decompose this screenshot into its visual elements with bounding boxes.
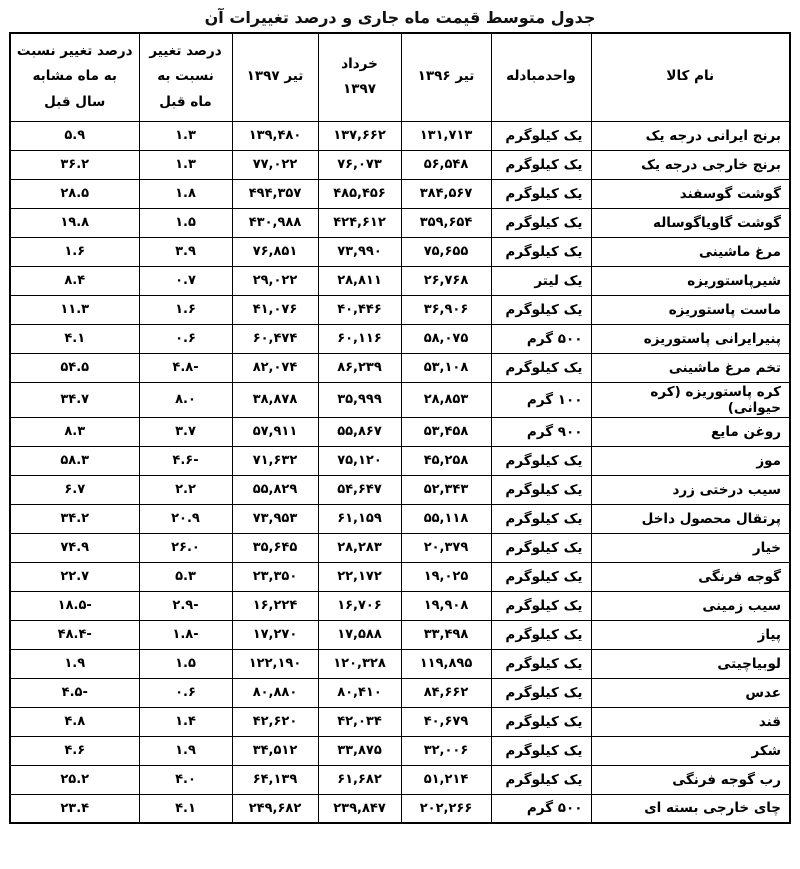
cell-price-khordad-1397: ۷۶,۰۷۳ bbox=[318, 150, 401, 179]
cell-price-khordad-1397: ۳۳,۸۷۵ bbox=[318, 736, 401, 765]
cell-exchange-unit: ۵۰۰ گرم bbox=[491, 794, 591, 823]
cell-price-tir-1396: ۵۳,۱۰۸ bbox=[401, 353, 491, 382]
cell-item-name: مرغ ماشینی bbox=[591, 237, 790, 266]
cell-price-tir-1396: ۵۳,۴۵۸ bbox=[401, 417, 491, 446]
cell-price-tir-1396: ۴۰,۶۷۹ bbox=[401, 707, 491, 736]
column-header-exchange-unit: واحدمبادله bbox=[491, 33, 591, 121]
cell-exchange-unit: یک کیلوگرم bbox=[491, 208, 591, 237]
cell-pct-change-vs-prev-month: ۲۶.۰ bbox=[139, 533, 232, 562]
cell-price-khordad-1397: ۱۳۷,۶۶۲ bbox=[318, 121, 401, 150]
table-row: گوجه فرنگییک کیلوگرم۱۹,۰۲۵۲۲,۱۷۲۲۳,۳۵۰۵.… bbox=[10, 562, 790, 591]
cell-item-name: عدس bbox=[591, 678, 790, 707]
table-row: عدسیک کیلوگرم۸۴,۶۶۲۸۰,۴۱۰۸۰,۸۸۰۰.۶۴.۵- bbox=[10, 678, 790, 707]
cell-exchange-unit: یک کیلوگرم bbox=[491, 765, 591, 794]
cell-exchange-unit: ۵۰۰ گرم bbox=[491, 324, 591, 353]
cell-pct-change-vs-prev-month: ۱.۶ bbox=[139, 295, 232, 324]
cell-price-khordad-1397: ۱۲۰,۳۲۸ bbox=[318, 649, 401, 678]
cell-price-tir-1396: ۲۰۲,۲۶۶ bbox=[401, 794, 491, 823]
cell-price-tir-1396: ۳۳,۴۹۸ bbox=[401, 620, 491, 649]
cell-price-tir-1396: ۵۵,۱۱۸ bbox=[401, 504, 491, 533]
header-row: نام کالا واحدمبادله تیر ۱۳۹۶ خرداد ۱۳۹۷ … bbox=[10, 33, 790, 121]
cell-pct-change-vs-prev-month: ۰.۶ bbox=[139, 678, 232, 707]
cell-exchange-unit: یک کیلوگرم bbox=[491, 562, 591, 591]
cell-exchange-unit: یک کیلوگرم bbox=[491, 620, 591, 649]
table-row: شیرپاستوریزهیک لیتر۲۶,۷۶۸۲۸,۸۱۱۲۹,۰۲۲۰.۷… bbox=[10, 266, 790, 295]
table-row: قندیک کیلوگرم۴۰,۶۷۹۴۲,۰۳۴۴۲,۶۲۰۱.۴۴.۸ bbox=[10, 707, 790, 736]
cell-pct-change-vs-same-month-last-year: ۱.۶ bbox=[10, 237, 139, 266]
cell-exchange-unit: یک کیلوگرم bbox=[491, 237, 591, 266]
cell-price-tir-1397: ۳۸,۸۷۸ bbox=[232, 382, 318, 417]
cell-exchange-unit: یک لیتر bbox=[491, 266, 591, 295]
cell-pct-change-vs-prev-month: ۴.۱ bbox=[139, 794, 232, 823]
cell-price-tir-1396: ۳۶,۹۰۶ bbox=[401, 295, 491, 324]
cell-price-tir-1396: ۳۸۴,۵۶۷ bbox=[401, 179, 491, 208]
table-row: برنج خارجی درجه یکیک کیلوگرم۵۶,۵۴۸۷۶,۰۷۳… bbox=[10, 150, 790, 179]
cell-pct-change-vs-same-month-last-year: ۱۱.۳ bbox=[10, 295, 139, 324]
cell-price-khordad-1397: ۴۸۵,۴۵۶ bbox=[318, 179, 401, 208]
cell-price-khordad-1397: ۵۴,۶۴۷ bbox=[318, 475, 401, 504]
table-row: سیب زمینییک کیلوگرم۱۹,۹۰۸۱۶,۷۰۶۱۶,۲۲۴۲.۹… bbox=[10, 591, 790, 620]
cell-pct-change-vs-prev-month: ۵.۳ bbox=[139, 562, 232, 591]
cell-price-tir-1396: ۵۲,۳۴۳ bbox=[401, 475, 491, 504]
cell-pct-change-vs-prev-month: ۴.۶- bbox=[139, 446, 232, 475]
cell-pct-change-vs-prev-month: ۱.۵ bbox=[139, 649, 232, 678]
cell-price-tir-1397: ۶۰,۴۷۴ bbox=[232, 324, 318, 353]
table-row: مرغ ماشینییک کیلوگرم۷۵,۶۵۵۷۳,۹۹۰۷۶,۸۵۱۳.… bbox=[10, 237, 790, 266]
cell-pct-change-vs-prev-month: ۳.۹ bbox=[139, 237, 232, 266]
cell-price-tir-1397: ۵۷,۹۱۱ bbox=[232, 417, 318, 446]
cell-price-tir-1396: ۵۸,۰۷۵ bbox=[401, 324, 491, 353]
cell-price-tir-1397: ۱۷,۲۷۰ bbox=[232, 620, 318, 649]
cell-exchange-unit: یک کیلوگرم bbox=[491, 504, 591, 533]
cell-pct-change-vs-same-month-last-year: ۲۲.۷ bbox=[10, 562, 139, 591]
table-row: گوشت گوسفندیک کیلوگرم۳۸۴,۵۶۷۴۸۵,۴۵۶۴۹۴,۳… bbox=[10, 179, 790, 208]
cell-price-khordad-1397: ۶۰,۱۱۶ bbox=[318, 324, 401, 353]
document-page: جدول متوسط قیمت ماه جاری و درصد تغییرات … bbox=[0, 0, 800, 869]
cell-item-name: قند bbox=[591, 707, 790, 736]
cell-price-tir-1396: ۳۵۹,۶۵۴ bbox=[401, 208, 491, 237]
price-table: نام کالا واحدمبادله تیر ۱۳۹۶ خرداد ۱۳۹۷ … bbox=[9, 32, 791, 824]
cell-item-name: سیب درختی زرد bbox=[591, 475, 790, 504]
cell-price-tir-1397: ۵۵,۸۲۹ bbox=[232, 475, 318, 504]
cell-pct-change-vs-same-month-last-year: ۸.۳ bbox=[10, 417, 139, 446]
cell-pct-change-vs-prev-month: ۸.۰ bbox=[139, 382, 232, 417]
cell-pct-change-vs-same-month-last-year: ۴۸.۴- bbox=[10, 620, 139, 649]
cell-exchange-unit: ۱۰۰ گرم bbox=[491, 382, 591, 417]
cell-item-name: کره پاستوریزه (کره حیوانی) bbox=[591, 382, 790, 417]
cell-pct-change-vs-prev-month: ۲.۲ bbox=[139, 475, 232, 504]
cell-price-tir-1396: ۷۵,۶۵۵ bbox=[401, 237, 491, 266]
cell-item-name: سیب زمینی bbox=[591, 591, 790, 620]
page-title: جدول متوسط قیمت ماه جاری و درصد تغییرات … bbox=[0, 0, 800, 32]
cell-price-khordad-1397: ۷۵,۱۲۰ bbox=[318, 446, 401, 475]
cell-price-khordad-1397: ۶۱,۶۸۲ bbox=[318, 765, 401, 794]
cell-pct-change-vs-same-month-last-year: ۵۸.۳ bbox=[10, 446, 139, 475]
cell-price-tir-1397: ۶۴,۱۳۹ bbox=[232, 765, 318, 794]
column-header-tir-1396: تیر ۱۳۹۶ bbox=[401, 33, 491, 121]
cell-price-tir-1396: ۲۶,۷۶۸ bbox=[401, 266, 491, 295]
cell-price-khordad-1397: ۳۵,۹۹۹ bbox=[318, 382, 401, 417]
cell-exchange-unit: یک کیلوگرم bbox=[491, 353, 591, 382]
cell-price-khordad-1397: ۶۱,۱۵۹ bbox=[318, 504, 401, 533]
table-row: برنج ایرانی درجه یکیک کیلوگرم۱۳۱,۷۱۳۱۳۷,… bbox=[10, 121, 790, 150]
cell-pct-change-vs-prev-month: ۱.۵ bbox=[139, 208, 232, 237]
cell-item-name: موز bbox=[591, 446, 790, 475]
cell-item-name: برنج خارجی درجه یک bbox=[591, 150, 790, 179]
cell-exchange-unit: ۹۰۰ گرم bbox=[491, 417, 591, 446]
cell-pct-change-vs-same-month-last-year: ۱.۹ bbox=[10, 649, 139, 678]
column-header-pct-change-vs-same-month-last-year: درصد تغییر نسبت به ماه مشابه سال قبل bbox=[10, 33, 139, 121]
cell-price-tir-1396: ۱۹,۹۰۸ bbox=[401, 591, 491, 620]
cell-exchange-unit: یک کیلوگرم bbox=[491, 649, 591, 678]
column-header-khordad-1397: خرداد ۱۳۹۷ bbox=[318, 33, 401, 121]
cell-price-tir-1396: ۵۶,۵۴۸ bbox=[401, 150, 491, 179]
cell-item-name: تخم مرغ ماشینی bbox=[591, 353, 790, 382]
cell-price-tir-1397: ۳۵,۶۴۵ bbox=[232, 533, 318, 562]
cell-price-khordad-1397: ۱۷,۵۸۸ bbox=[318, 620, 401, 649]
cell-pct-change-vs-prev-month: ۰.۷ bbox=[139, 266, 232, 295]
cell-price-tir-1396: ۲۰,۳۷۹ bbox=[401, 533, 491, 562]
cell-item-name: پیاز bbox=[591, 620, 790, 649]
cell-price-khordad-1397: ۸۰,۴۱۰ bbox=[318, 678, 401, 707]
table-row: پرتقال محصول داخلیک کیلوگرم۵۵,۱۱۸۶۱,۱۵۹۷… bbox=[10, 504, 790, 533]
cell-exchange-unit: یک کیلوگرم bbox=[491, 707, 591, 736]
cell-pct-change-vs-prev-month: ۱.۳ bbox=[139, 121, 232, 150]
cell-price-khordad-1397: ۷۳,۹۹۰ bbox=[318, 237, 401, 266]
cell-price-tir-1396: ۳۲,۰۰۶ bbox=[401, 736, 491, 765]
cell-price-khordad-1397: ۲۲,۱۷۲ bbox=[318, 562, 401, 591]
table-row: پنیرایرانی پاستوریزه۵۰۰ گرم۵۸,۰۷۵۶۰,۱۱۶۶… bbox=[10, 324, 790, 353]
cell-item-name: لوبیاچیتی bbox=[591, 649, 790, 678]
cell-pct-change-vs-same-month-last-year: ۷۴.۹ bbox=[10, 533, 139, 562]
cell-price-tir-1396: ۱۹,۰۲۵ bbox=[401, 562, 491, 591]
cell-price-tir-1396: ۱۳۱,۷۱۳ bbox=[401, 121, 491, 150]
cell-price-khordad-1397: ۱۶,۷۰۶ bbox=[318, 591, 401, 620]
cell-pct-change-vs-same-month-last-year: ۶.۷ bbox=[10, 475, 139, 504]
cell-price-tir-1396: ۱۱۹,۸۹۵ bbox=[401, 649, 491, 678]
cell-price-tir-1397: ۲۴۹,۶۸۲ bbox=[232, 794, 318, 823]
table-row: سیب درختی زردیک کیلوگرم۵۲,۳۴۳۵۴,۶۴۷۵۵,۸۲… bbox=[10, 475, 790, 504]
cell-price-khordad-1397: ۲۳۹,۸۴۷ bbox=[318, 794, 401, 823]
column-header-tir-1397: تیر ۱۳۹۷ bbox=[232, 33, 318, 121]
cell-pct-change-vs-prev-month: ۲۰.۹ bbox=[139, 504, 232, 533]
column-header-item-name: نام کالا bbox=[591, 33, 790, 121]
cell-price-tir-1397: ۷۱,۶۳۲ bbox=[232, 446, 318, 475]
cell-pct-change-vs-same-month-last-year: ۴.۸ bbox=[10, 707, 139, 736]
cell-pct-change-vs-same-month-last-year: ۳۴.۲ bbox=[10, 504, 139, 533]
cell-item-name: پرتقال محصول داخل bbox=[591, 504, 790, 533]
cell-price-tir-1396: ۲۸,۸۵۳ bbox=[401, 382, 491, 417]
cell-price-tir-1397: ۸۲,۰۷۴ bbox=[232, 353, 318, 382]
cell-pct-change-vs-same-month-last-year: ۴.۱ bbox=[10, 324, 139, 353]
cell-price-tir-1397: ۴۳۰,۹۸۸ bbox=[232, 208, 318, 237]
cell-price-khordad-1397: ۵۵,۸۶۷ bbox=[318, 417, 401, 446]
cell-pct-change-vs-same-month-last-year: ۱۸.۵- bbox=[10, 591, 139, 620]
cell-price-tir-1397: ۴۱,۰۷۶ bbox=[232, 295, 318, 324]
cell-price-khordad-1397: ۴۲۴,۶۱۲ bbox=[318, 208, 401, 237]
cell-pct-change-vs-same-month-last-year: ۸.۴ bbox=[10, 266, 139, 295]
cell-pct-change-vs-prev-month: ۱.۹ bbox=[139, 736, 232, 765]
cell-price-tir-1397: ۷۷,۰۲۲ bbox=[232, 150, 318, 179]
cell-price-khordad-1397: ۲۸,۲۸۳ bbox=[318, 533, 401, 562]
cell-item-name: پنیرایرانی پاستوریزه bbox=[591, 324, 790, 353]
cell-price-khordad-1397: ۴۰,۴۴۶ bbox=[318, 295, 401, 324]
cell-exchange-unit: یک کیلوگرم bbox=[491, 446, 591, 475]
cell-exchange-unit: یک کیلوگرم bbox=[491, 678, 591, 707]
cell-pct-change-vs-same-month-last-year: ۵.۹ bbox=[10, 121, 139, 150]
cell-pct-change-vs-same-month-last-year: ۱۹.۸ bbox=[10, 208, 139, 237]
cell-pct-change-vs-same-month-last-year: ۴.۶ bbox=[10, 736, 139, 765]
table-row: رب گوجه فرنگییک کیلوگرم۵۱,۲۱۴۶۱,۶۸۲۶۴,۱۳… bbox=[10, 765, 790, 794]
cell-pct-change-vs-prev-month: ۴.۰ bbox=[139, 765, 232, 794]
cell-item-name: شیرپاستوریزه bbox=[591, 266, 790, 295]
cell-exchange-unit: یک کیلوگرم bbox=[491, 295, 591, 324]
table-row: گوشت گاویاگوسالهیک کیلوگرم۳۵۹,۶۵۴۴۲۴,۶۱۲… bbox=[10, 208, 790, 237]
cell-pct-change-vs-prev-month: ۰.۶ bbox=[139, 324, 232, 353]
cell-price-tir-1397: ۷۶,۸۵۱ bbox=[232, 237, 318, 266]
cell-pct-change-vs-prev-month: ۲.۹- bbox=[139, 591, 232, 620]
cell-pct-change-vs-prev-month: ۱.۸ bbox=[139, 179, 232, 208]
cell-price-tir-1397: ۱۲۲,۱۹۰ bbox=[232, 649, 318, 678]
table-row: لوبیاچیتییک کیلوگرم۱۱۹,۸۹۵۱۲۰,۳۲۸۱۲۲,۱۹۰… bbox=[10, 649, 790, 678]
cell-price-tir-1397: ۱۳۹,۴۸۰ bbox=[232, 121, 318, 150]
cell-item-name: رب گوجه فرنگی bbox=[591, 765, 790, 794]
cell-price-tir-1397: ۴۲,۶۲۰ bbox=[232, 707, 318, 736]
table-row: موزیک کیلوگرم۴۵,۲۵۸۷۵,۱۲۰۷۱,۶۳۲۴.۶-۵۸.۳ bbox=[10, 446, 790, 475]
cell-price-tir-1396: ۵۱,۲۱۴ bbox=[401, 765, 491, 794]
cell-item-name: شکر bbox=[591, 736, 790, 765]
cell-price-khordad-1397: ۲۸,۸۱۱ bbox=[318, 266, 401, 295]
cell-exchange-unit: یک کیلوگرم bbox=[491, 121, 591, 150]
cell-exchange-unit: یک کیلوگرم bbox=[491, 475, 591, 504]
table-row: شکریک کیلوگرم۳۲,۰۰۶۳۳,۸۷۵۳۴,۵۱۲۱.۹۴.۶ bbox=[10, 736, 790, 765]
cell-exchange-unit: یک کیلوگرم bbox=[491, 150, 591, 179]
cell-item-name: گوشت گاویاگوساله bbox=[591, 208, 790, 237]
table-row: ماست پاستوریزهیک کیلوگرم۳۶,۹۰۶۴۰,۴۴۶۴۱,۰… bbox=[10, 295, 790, 324]
table-row: خیاریک کیلوگرم۲۰,۳۷۹۲۸,۲۸۳۳۵,۶۴۵۲۶.۰۷۴.۹ bbox=[10, 533, 790, 562]
cell-exchange-unit: یک کیلوگرم bbox=[491, 736, 591, 765]
cell-exchange-unit: یک کیلوگرم bbox=[491, 533, 591, 562]
cell-pct-change-vs-same-month-last-year: ۲۸.۵ bbox=[10, 179, 139, 208]
cell-pct-change-vs-same-month-last-year: ۲۳.۴ bbox=[10, 794, 139, 823]
cell-pct-change-vs-same-month-last-year: ۵۴.۵ bbox=[10, 353, 139, 382]
table-header: نام کالا واحدمبادله تیر ۱۳۹۶ خرداد ۱۳۹۷ … bbox=[10, 33, 790, 121]
cell-price-tir-1397: ۲۹,۰۲۲ bbox=[232, 266, 318, 295]
cell-pct-change-vs-same-month-last-year: ۳۴.۷ bbox=[10, 382, 139, 417]
table-row: کره پاستوریزه (کره حیوانی)۱۰۰ گرم۲۸,۸۵۳۳… bbox=[10, 382, 790, 417]
table-row: تخم مرغ ماشینییک کیلوگرم۵۳,۱۰۸۸۶,۲۳۹۸۲,۰… bbox=[10, 353, 790, 382]
cell-pct-change-vs-same-month-last-year: ۳۶.۲ bbox=[10, 150, 139, 179]
cell-item-name: چای خارجی بسته ای bbox=[591, 794, 790, 823]
cell-pct-change-vs-same-month-last-year: ۲۵.۲ bbox=[10, 765, 139, 794]
cell-exchange-unit: یک کیلوگرم bbox=[491, 179, 591, 208]
cell-price-khordad-1397: ۴۲,۰۳۴ bbox=[318, 707, 401, 736]
cell-price-khordad-1397: ۸۶,۲۳۹ bbox=[318, 353, 401, 382]
cell-price-tir-1396: ۸۴,۶۶۲ bbox=[401, 678, 491, 707]
cell-pct-change-vs-prev-month: ۱.۳ bbox=[139, 150, 232, 179]
cell-price-tir-1397: ۱۶,۲۲۴ bbox=[232, 591, 318, 620]
cell-price-tir-1397: ۳۴,۵۱۲ bbox=[232, 736, 318, 765]
table-row: پیازیک کیلوگرم۳۳,۴۹۸۱۷,۵۸۸۱۷,۲۷۰۱.۸-۴۸.۴… bbox=[10, 620, 790, 649]
cell-item-name: برنج ایرانی درجه یک bbox=[591, 121, 790, 150]
cell-item-name: خیار bbox=[591, 533, 790, 562]
cell-price-tir-1397: ۸۰,۸۸۰ bbox=[232, 678, 318, 707]
cell-item-name: روغن مایع bbox=[591, 417, 790, 446]
column-header-pct-change-vs-prev-month: درصد تغییر نسبت به ماه قبل bbox=[139, 33, 232, 121]
cell-price-tir-1396: ۴۵,۲۵۸ bbox=[401, 446, 491, 475]
cell-pct-change-vs-prev-month: ۱.۸- bbox=[139, 620, 232, 649]
table-row: روغن مایع۹۰۰ گرم۵۳,۴۵۸۵۵,۸۶۷۵۷,۹۱۱۳.۷۸.۳ bbox=[10, 417, 790, 446]
table-body: برنج ایرانی درجه یکیک کیلوگرم۱۳۱,۷۱۳۱۳۷,… bbox=[10, 121, 790, 823]
cell-price-tir-1397: ۴۹۴,۳۵۷ bbox=[232, 179, 318, 208]
cell-pct-change-vs-prev-month: ۳.۷ bbox=[139, 417, 232, 446]
cell-price-tir-1397: ۷۳,۹۵۳ bbox=[232, 504, 318, 533]
cell-item-name: ماست پاستوریزه bbox=[591, 295, 790, 324]
table-row: چای خارجی بسته ای۵۰۰ گرم۲۰۲,۲۶۶۲۳۹,۸۴۷۲۴… bbox=[10, 794, 790, 823]
cell-pct-change-vs-same-month-last-year: ۴.۵- bbox=[10, 678, 139, 707]
cell-item-name: گوشت گوسفند bbox=[591, 179, 790, 208]
cell-pct-change-vs-prev-month: ۱.۴ bbox=[139, 707, 232, 736]
cell-exchange-unit: یک کیلوگرم bbox=[491, 591, 591, 620]
cell-item-name: گوجه فرنگی bbox=[591, 562, 790, 591]
cell-pct-change-vs-prev-month: ۴.۸- bbox=[139, 353, 232, 382]
cell-price-tir-1397: ۲۳,۳۵۰ bbox=[232, 562, 318, 591]
